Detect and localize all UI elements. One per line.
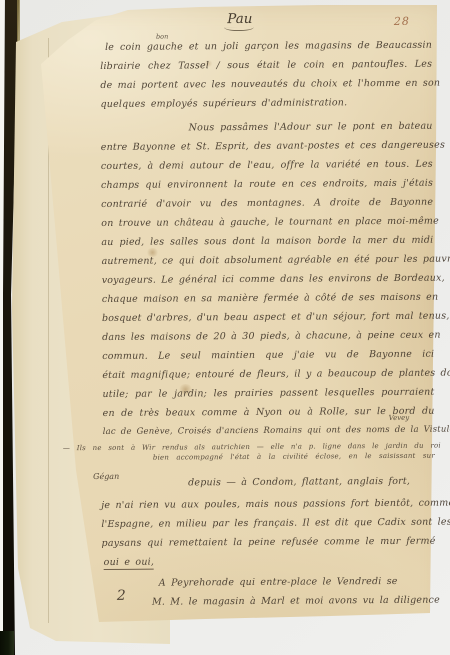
handwritten-line: dans les maisons de 20 à 30 pieds, à cha…	[102, 330, 434, 343]
handwritten-line: champs qui environnent la route en ces e…	[101, 178, 433, 191]
handwritten-line: courtes, à demi autour de l'eau, offre l…	[101, 159, 433, 172]
interline-insertion: bon	[156, 33, 168, 41]
handwritten-line: librairie chez Tassel / sous était le co…	[100, 59, 432, 72]
interline-insertion: Vevey	[389, 414, 410, 422]
handwritten-line: A Peyrehorade qui entre-place le Vendred…	[159, 576, 409, 589]
handwritten-line: de mai portent avec les nouveautés du ch…	[100, 78, 432, 91]
handwritten-line: bosquet d'arbres, d'un beau aspect et d'…	[102, 311, 434, 324]
handwriting-layer: Pau 28 bon le coin gauche et un joli gar…	[0, 0, 450, 655]
handwritten-line: quelques employés supérieurs d'administr…	[100, 97, 330, 110]
page-number: 28	[394, 15, 410, 28]
handwritten-line: on trouve un château à gauche, le tourna…	[101, 216, 433, 229]
interline-insertion-line: — Ils ne sont à Wir rendus als autrichie…	[63, 442, 441, 453]
handwritten-line: chaque maison en sa manière fermée à côt…	[102, 292, 434, 305]
handwritten-line: au pied, les salles sous dont la maison …	[101, 235, 433, 248]
handwritten-line: Nous passâmes l'Adour sur le pont en bat…	[189, 121, 433, 134]
handwritten-line: depuis — à Condom, flattant, anglais for…	[188, 476, 435, 489]
interline-insertion-line: bien accompagné l'état à la civilité écl…	[153, 452, 435, 462]
handwritten-line: utile; par le jardin; les prairies passe…	[102, 387, 434, 400]
page-title: Pau	[205, 11, 275, 27]
handwritten-line: en de très beaux comme à Nyon ou à Rolle…	[103, 406, 435, 419]
handwritten-line: voyageurs. Le général ici comme dans les…	[102, 273, 434, 286]
margin-word: Gégan	[93, 472, 119, 481]
handwritten-line: entre Bayonne et St. Esprit, des avant-p…	[101, 140, 433, 153]
handwritten-line: M. M. le magasin à Marl et moi avons vu …	[152, 595, 436, 608]
handwritten-line: commun. Le seul maintien que j'aie vu de…	[102, 349, 434, 362]
handwritten-line: autrement, ce qui doit absolument agréab…	[102, 254, 434, 267]
scanned-manuscript-photo: Pau 28 bon le coin gauche et un joli gar…	[0, 0, 450, 655]
title-underline-flourish	[224, 27, 254, 31]
handwritten-line: l'Espagne, en milieu par les français. I…	[101, 517, 435, 530]
handwritten-line: contrarié d'avoir vu des montagnes. A dr…	[101, 197, 433, 210]
handwritten-line-underlined: oui e oui,	[104, 557, 155, 570]
handwritten-line: était magnifique; entouré de fleurs, il …	[102, 368, 434, 381]
handwritten-line: paysans qui remettaient la peine refusée…	[101, 536, 435, 549]
handwritten-line: je n'ai rien vu aux poules, mais nous pa…	[101, 498, 435, 511]
handwritten-line: le coin gauche et un joli garçon les mag…	[105, 40, 432, 53]
handwritten-line: lac de Genève, Croisés d'anciens Romains…	[103, 425, 435, 438]
margin-paraph: 2	[117, 588, 126, 604]
